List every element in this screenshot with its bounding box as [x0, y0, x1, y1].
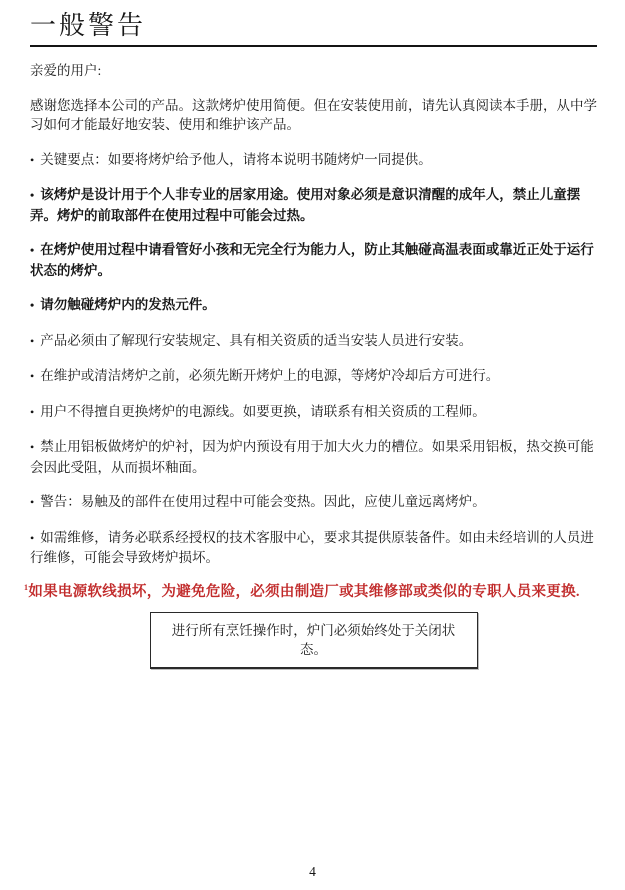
- bullet-text: 禁止用铝板做烤炉的炉衬，因为炉内预设有用于加大火力的槽位。如果采用铝板，热交换可…: [30, 439, 594, 475]
- bullet-icon: •: [30, 186, 40, 206]
- bullet-icon: •: [30, 403, 40, 423]
- warning-bullet: •在烤炉使用过程中请看管好小孩和无完全行为能力人，防止其触碰高温表面或靠近正处于…: [30, 240, 597, 280]
- page-number: 4: [0, 864, 625, 880]
- warning-bullet: •在维护或清洁烤炉之前，必须先断开烤炉上的电源，等烤炉冷却后方可进行。: [30, 366, 597, 387]
- bullet-text: 在维护或清洁烤炉之前，必须先断开烤炉上的电源，等烤炉冷却后方可进行。: [40, 368, 499, 383]
- bullet-icon: •: [30, 529, 40, 549]
- bullet-text: 关键要点：如要将烤炉给予他人，请将本说明书随烤炉一同提供。: [40, 152, 432, 167]
- warning-bullet: •关键要点：如要将烤炉给予他人，请将本说明书随烤炉一同提供。: [30, 150, 597, 171]
- bullet-text: 产品必须由了解现行安装规定、具有相关资质的适当安装人员进行安装。: [40, 333, 472, 348]
- bullet-text: 在烤炉使用过程中请看管好小孩和无完全行为能力人，防止其触碰高温表面或靠近正处于运…: [30, 242, 594, 278]
- bullet-icon: •: [30, 367, 40, 387]
- intro-paragraph: 感谢您选择本公司的产品。这款烤炉使用简便。但在安装使用前，请先认真阅读本手册，从…: [30, 96, 597, 135]
- bullet-text: 用户不得擅自更换烤炉的电源线。如要更换，请联系有相关资质的工程师。: [40, 404, 486, 419]
- warning-bullet: •警告：易触及的部件在使用过程中可能会变热。因此，应使儿童远离烤炉。: [30, 492, 597, 513]
- warning-bullet: •该烤炉是设计用于个人非专业的居家用途。使用对象必须是意识清醒的成年人，禁止儿童…: [30, 185, 597, 225]
- power-cord-warning: 1如果电源软线损坏，为避免危险，必须由制造厂或其维修部或类似的专职人员来更换.: [24, 583, 597, 603]
- bullet-text: 请勿触碰烤炉内的发热元件。: [40, 297, 216, 312]
- greeting: 亲爱的用户:: [30, 61, 597, 81]
- manual-page: 一般警告 亲爱的用户: 感谢您选择本公司的产品。这款烤炉使用简便。但在安装使用前…: [0, 0, 625, 890]
- warning-bullet: •禁止用铝板做烤炉的炉衬，因为炉内预设有用于加大火力的槽位。如果采用铝板，热交换…: [30, 437, 597, 477]
- bullet-icon: •: [30, 241, 40, 261]
- door-closed-notice-box: 进行所有烹饪操作时，炉门必须始终处于关闭状态。: [150, 612, 478, 669]
- bullet-text: 警告：易触及的部件在使用过程中可能会变热。因此，应使儿童远离烤炉。: [40, 494, 486, 509]
- bullet-text: 该烤炉是设计用于个人非专业的居家用途。使用对象必须是意识清醒的成年人，禁止儿童摆…: [30, 187, 580, 223]
- bullet-icon: •: [30, 296, 40, 316]
- bullet-icon: •: [30, 493, 40, 513]
- warning-bullet: •产品必须由了解现行安装规定、具有相关资质的适当安装人员进行安装。: [30, 331, 597, 352]
- warning-bullet: •如需维修，请务必联系经授权的技术客服中心，要求其提供原装备件。如由未经培训的人…: [30, 528, 597, 568]
- bullet-text: 如需维修，请务必联系经授权的技术客服中心，要求其提供原装备件。如由未经培训的人员…: [30, 530, 594, 566]
- bullet-icon: •: [30, 332, 40, 352]
- warning-bullet: •请勿触碰烤炉内的发热元件。: [30, 295, 597, 316]
- warning-bullet: •用户不得擅自更换烤炉的电源线。如要更换，请联系有相关资质的工程师。: [30, 402, 597, 423]
- bullet-icon: •: [30, 151, 40, 171]
- page-title: 一般警告: [30, 12, 597, 40]
- power-cord-warning-text: 如果电源软线损坏，为避免危险，必须由制造厂或其维修部或类似的专职人员来更换.: [28, 584, 580, 600]
- bullet-icon: •: [30, 438, 40, 458]
- page-body: 亲爱的用户: 感谢您选择本公司的产品。这款烤炉使用简便。但在安装使用前，请先认真…: [0, 47, 625, 669]
- page-header: 一般警告: [30, 0, 597, 47]
- door-closed-notice: 进行所有烹饪操作时，炉门必须始终处于关闭状态。: [172, 623, 456, 657]
